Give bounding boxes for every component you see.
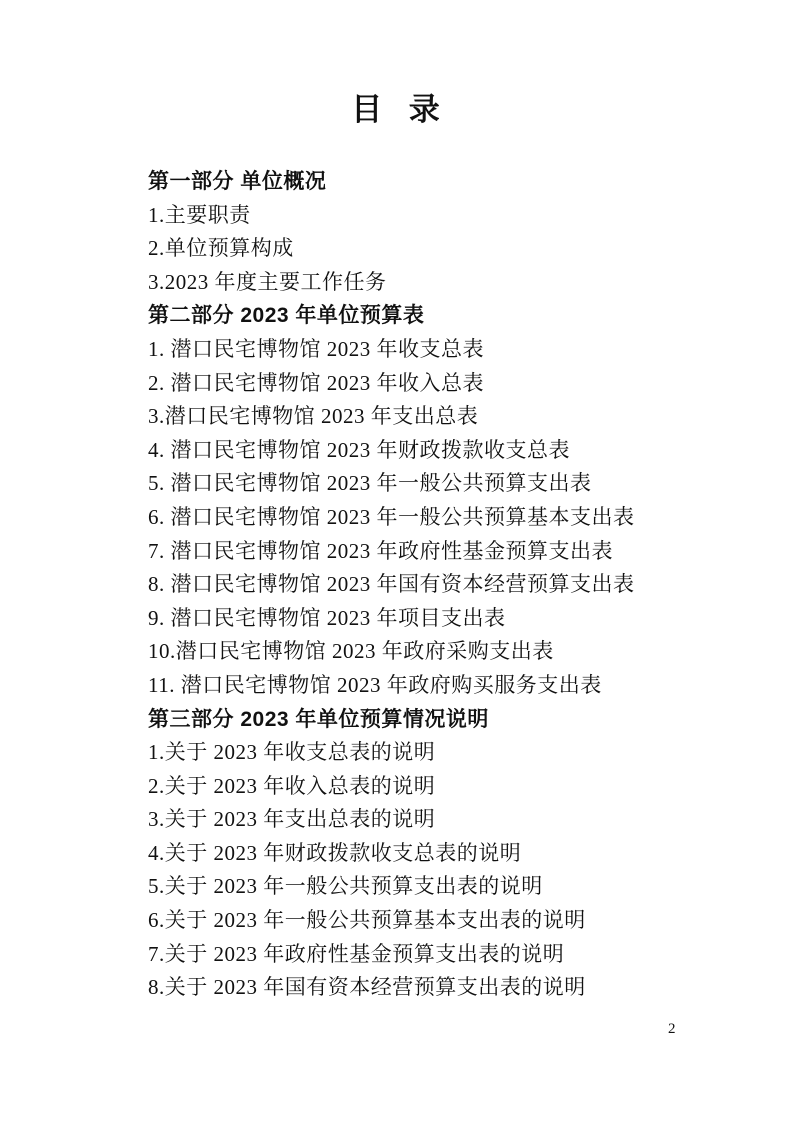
toc-item: 1. 潜口民宅博物馆 2023 年收支总表 — [148, 333, 753, 367]
toc-item: 2.关于 2023 年收入总表的说明 — [148, 770, 753, 804]
toc-section: 第二部分 2023 年单位预算表 1. 潜口民宅博物馆 2023 年收支总表2.… — [148, 299, 753, 702]
toc-item: 8.关于 2023 年国有资本经营预算支出表的说明 — [148, 971, 753, 1005]
toc-item: 10.潜口民宅博物馆 2023 年政府采购支出表 — [148, 635, 753, 669]
toc-item: 2. 潜口民宅博物馆 2023 年收入总表 — [148, 367, 753, 401]
toc-title: 目 录 — [0, 92, 793, 128]
toc-item: 8. 潜口民宅博物馆 2023 年国有资本经营预算支出表 — [148, 568, 753, 602]
toc-item: 4.关于 2023 年财政拨款收支总表的说明 — [148, 837, 753, 871]
toc-item: 6.关于 2023 年一般公共预算基本支出表的说明 — [148, 904, 753, 938]
toc-item: 4. 潜口民宅博物馆 2023 年财政拨款收支总表 — [148, 434, 753, 468]
toc-section-items: 1.关于 2023 年收支总表的说明2.关于 2023 年收入总表的说明3.关于… — [148, 736, 753, 1005]
toc-section-items: 1.主要职责2.单位预算构成3.2023 年度主要工作任务 — [148, 199, 753, 300]
toc-section: 第三部分 2023 年单位预算情况说明 1.关于 2023 年收支总表的说明2.… — [148, 703, 753, 1005]
toc-item: 1.关于 2023 年收支总表的说明 — [148, 736, 753, 770]
toc-section-heading: 第一部分 单位概况 — [148, 165, 753, 199]
toc-section-heading: 第三部分 2023 年单位预算情况说明 — [148, 703, 753, 737]
page-number: 2 — [668, 1020, 676, 1038]
toc-item: 3.2023 年度主要工作任务 — [148, 266, 753, 300]
toc-item: 2.单位预算构成 — [148, 232, 753, 266]
toc-item: 6. 潜口民宅博物馆 2023 年一般公共预算基本支出表 — [148, 501, 753, 535]
toc-item: 3.潜口民宅博物馆 2023 年支出总表 — [148, 400, 753, 434]
toc-section-heading: 第二部分 2023 年单位预算表 — [148, 299, 753, 333]
toc-item: 1.主要职责 — [148, 199, 753, 233]
toc-item: 7.关于 2023 年政府性基金预算支出表的说明 — [148, 938, 753, 972]
toc-item: 11. 潜口民宅博物馆 2023 年政府购买服务支出表 — [148, 669, 753, 703]
toc-body: 第一部分 单位概况 1.主要职责2.单位预算构成3.2023 年度主要工作任务 … — [148, 165, 753, 1005]
toc-item: 7. 潜口民宅博物馆 2023 年政府性基金预算支出表 — [148, 535, 753, 569]
toc-section-items: 1. 潜口民宅博物馆 2023 年收支总表2. 潜口民宅博物馆 2023 年收入… — [148, 333, 753, 703]
toc-item: 5. 潜口民宅博物馆 2023 年一般公共预算支出表 — [148, 467, 753, 501]
toc-item: 9. 潜口民宅博物馆 2023 年项目支出表 — [148, 602, 753, 636]
document-page: 目 录 第一部分 单位概况 1.主要职责2.单位预算构成3.2023 年度主要工… — [0, 0, 793, 1122]
toc-section: 第一部分 单位概况 1.主要职责2.单位预算构成3.2023 年度主要工作任务 — [148, 165, 753, 299]
toc-item: 5.关于 2023 年一般公共预算支出表的说明 — [148, 870, 753, 904]
toc-item: 3.关于 2023 年支出总表的说明 — [148, 803, 753, 837]
